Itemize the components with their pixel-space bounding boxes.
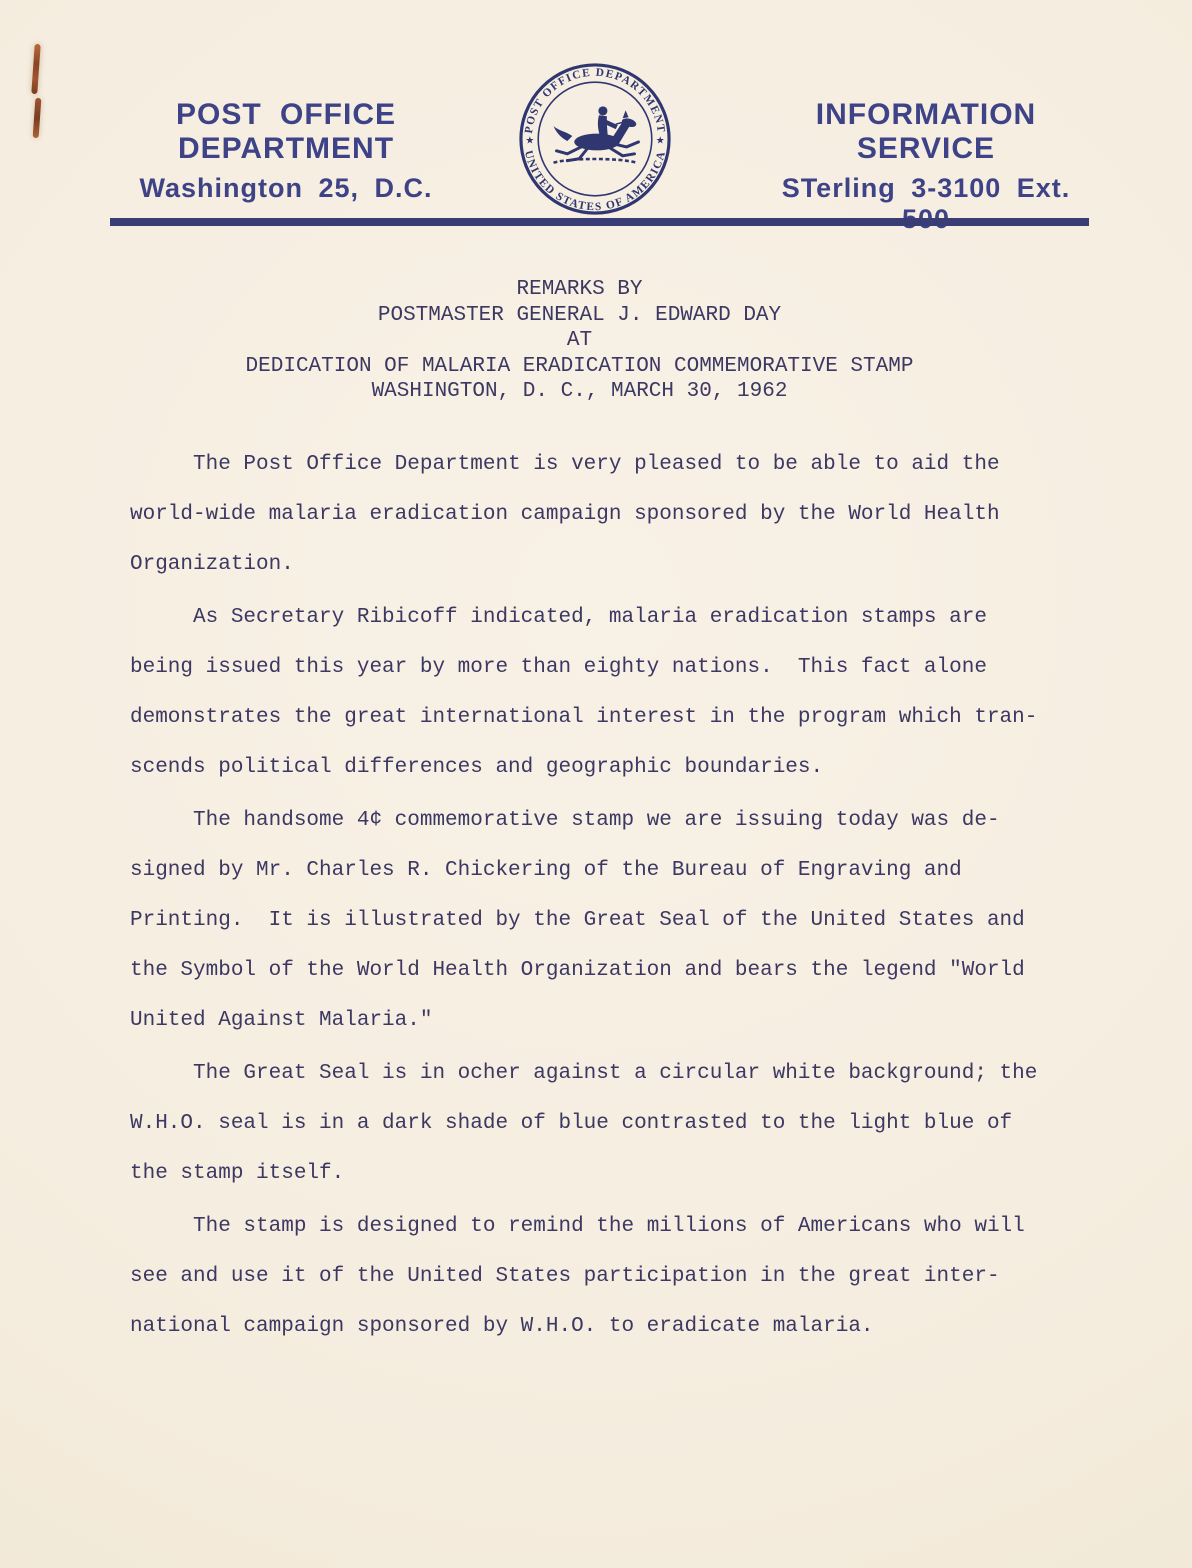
seal-right-star-icon: ★ bbox=[656, 135, 665, 146]
letterhead-left: POST OFFICE DEPARTMENT Washington 25, D.… bbox=[100, 98, 472, 204]
staple-rust-mark-bottom bbox=[33, 98, 42, 138]
paragraph-1: The Post Office Department is very pleas… bbox=[130, 440, 1070, 590]
remarks-body: The Post Office Department is very pleas… bbox=[130, 440, 1070, 1355]
svg-text:POST OFFICE DEPARTMENT: POST OFFICE DEPARTMENT bbox=[523, 67, 667, 135]
pony-express-rider-icon bbox=[554, 106, 639, 162]
information-service-label: INFORMATION SERVICE bbox=[752, 98, 1100, 166]
letterhead-divider-rule bbox=[110, 218, 1089, 226]
paragraph-5: The stamp is designed to remind the mill… bbox=[130, 1202, 1070, 1352]
seal-left-star-icon: ★ bbox=[525, 135, 534, 146]
department-address: Washington 25, D.C. bbox=[100, 173, 472, 204]
seal-top-text: POST OFFICE DEPARTMENT bbox=[523, 67, 667, 135]
department-name: POST OFFICE DEPARTMENT bbox=[100, 98, 472, 166]
letterhead-right: INFORMATION SERVICE STerling 3-3100 Ext.… bbox=[752, 98, 1100, 235]
press-release-page: POST OFFICE DEPARTMENT Washington 25, D.… bbox=[0, 0, 1192, 1568]
staple-rust-mark-top bbox=[31, 44, 40, 94]
paragraph-3: The handsome 4¢ commemorative stamp we a… bbox=[130, 796, 1070, 1046]
paragraph-2: As Secretary Ribicoff indicated, malaria… bbox=[130, 593, 1070, 793]
post-office-department-seal-icon: POST OFFICE DEPARTMENT UNITED STATES OF … bbox=[516, 60, 674, 218]
remarks-title-block: REMARKS BY POSTMASTER GENERAL J. EDWARD … bbox=[112, 277, 1047, 405]
paragraph-4: The Great Seal is in ocher against a cir… bbox=[130, 1049, 1070, 1199]
